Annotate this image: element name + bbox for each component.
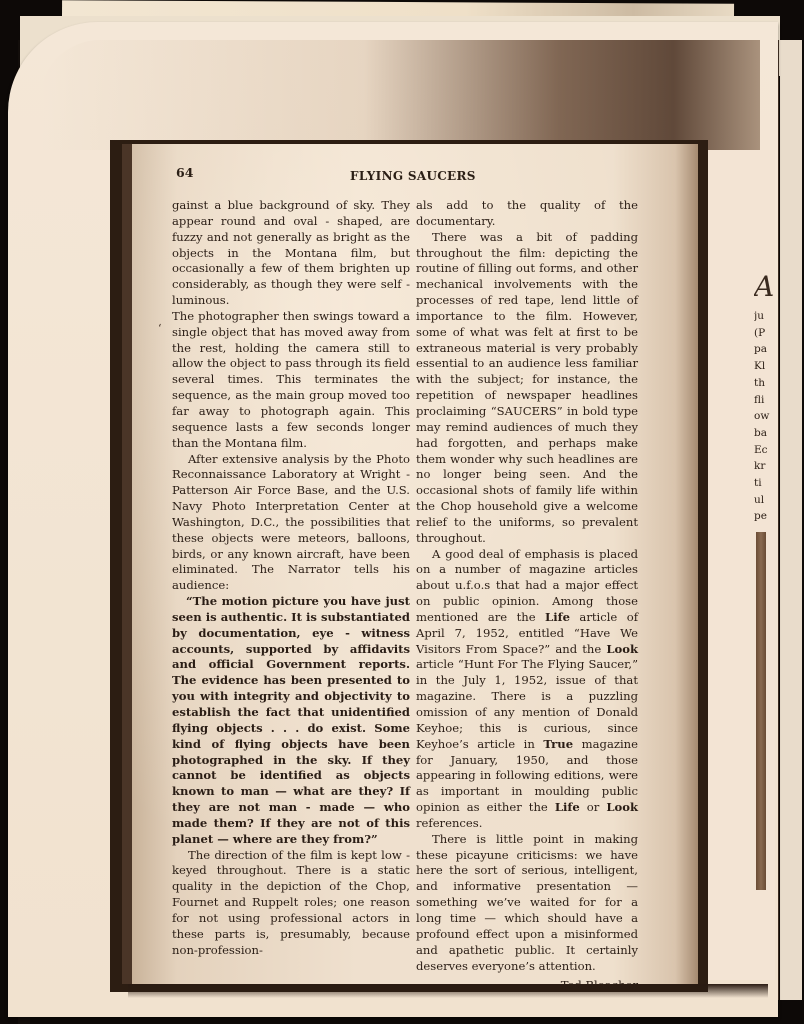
paragraph: The direction of the film is kept low - … bbox=[172, 848, 410, 959]
fragment-line: ul bbox=[754, 492, 778, 509]
right-text-column: als add to the quality of the documentar… bbox=[416, 198, 638, 994]
fragment-line: (P bbox=[754, 325, 778, 342]
paragraph: There is little point in making these pi… bbox=[416, 832, 638, 975]
author-signature: Ted Bloacher bbox=[416, 978, 638, 994]
fragment-line: Ec bbox=[754, 442, 778, 459]
background-page-bar bbox=[756, 532, 766, 890]
paragraph: als add to the quality of the documentar… bbox=[416, 198, 638, 230]
page-number: 64 bbox=[176, 165, 193, 180]
fragment-line: pe bbox=[754, 508, 778, 525]
photo-shadow-band bbox=[40, 40, 760, 150]
running-head: FLYING SAUCERS bbox=[350, 169, 476, 183]
fragment-line: ba bbox=[754, 425, 778, 442]
paragraph: gainst a blue background of sky. They ap… bbox=[172, 198, 410, 309]
fragment-initial: A bbox=[754, 270, 778, 304]
fragment-line: ju bbox=[754, 308, 778, 325]
paragraph: There was a bit of padding throughout th… bbox=[416, 230, 638, 547]
sheet-edge-line bbox=[778, 40, 779, 1000]
paragraph: The photographer then swings toward a si… bbox=[172, 309, 410, 452]
fragment-line: fli bbox=[754, 392, 778, 409]
paragraph: “The motion picture you have just seen i… bbox=[172, 594, 410, 848]
fragment-line: pa bbox=[754, 341, 778, 358]
fragment-line: ti bbox=[754, 475, 778, 492]
fragment-line: Kl bbox=[754, 358, 778, 375]
right-paper-edge bbox=[780, 40, 802, 1000]
fragment-lines: ju(PpaKlthfliowbaEckrtiulpe bbox=[754, 308, 778, 525]
fragment-line: kr bbox=[754, 458, 778, 475]
left-text-column: gainst a blue background of sky. They ap… bbox=[172, 198, 410, 959]
background-page-text-fragment: A ju(PpaKlthfliowbaEckrtiulpe bbox=[754, 270, 778, 525]
paragraph: After extensive analysis by the Photo Re… bbox=[172, 452, 410, 595]
fragment-line: th bbox=[754, 375, 778, 392]
paragraph: A good deal of emphasis is placed on a n… bbox=[416, 547, 638, 832]
fragment-line: ow bbox=[754, 408, 778, 425]
margin-mark: ‘ bbox=[158, 322, 162, 335]
